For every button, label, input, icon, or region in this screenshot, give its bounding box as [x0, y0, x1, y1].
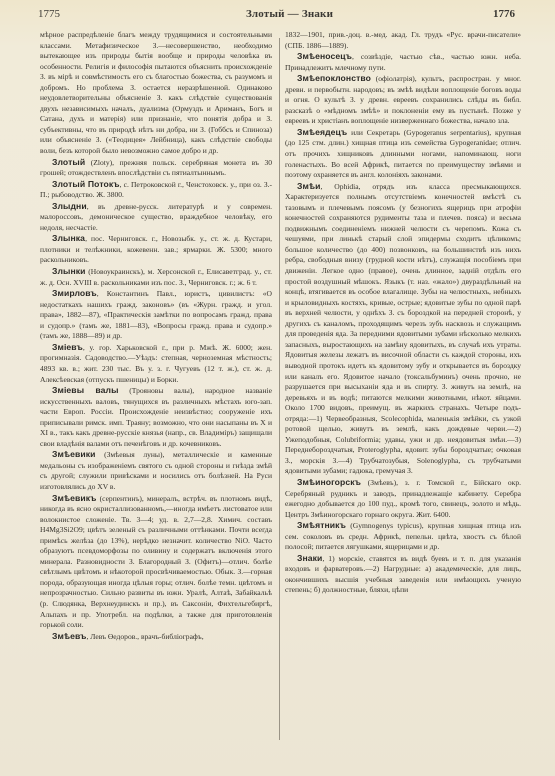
entry: Змѣи, Ophidia, отрядъ изъ класса пресмык…	[285, 181, 521, 477]
entry: Змѣевикъ (серпентинъ), минералъ, встрѣч.…	[40, 493, 272, 631]
headword: Злотый Потокъ	[52, 179, 120, 189]
headword: Знаки	[297, 553, 322, 563]
entry: Злынки (Новоукраинскъ), м. Херсонской г.…	[40, 266, 272, 288]
headword: Зміевъ	[52, 342, 83, 352]
page-number-right: 1776	[493, 8, 515, 20]
column-separator	[279, 38, 280, 740]
entry: мѣрное распредѣленіе благъ между трудящи…	[40, 30, 272, 157]
entry: Змѣеядецъ или Секретарь (Gypogeranus ser…	[285, 127, 521, 181]
headword: Злыдни	[52, 201, 87, 211]
headword: Змѣевикъ	[52, 493, 97, 503]
dictionary-page: 1775 Злотый — Знаки 1776 мѣрное распредѣ…	[0, 0, 555, 776]
headword: Змѣеносецъ	[297, 51, 352, 61]
entry: Змѣеносецъ, созвѣздіе, частью сѣв., част…	[285, 51, 521, 73]
headword: Злынка	[52, 233, 85, 243]
entry: Змѣятникъ (Gymnogenys typicus), крупная …	[285, 520, 521, 553]
page-number-left: 1775	[38, 8, 60, 20]
entry: Знаки, 1) морскіе, ставятся въ видѣ буев…	[285, 553, 521, 596]
entry: Змѣевики (Змѣевыя луны), металлическіе и…	[40, 449, 272, 492]
running-title: Злотый — Знаки	[246, 8, 333, 20]
entry: Злотый (Zloty), прежняя польск. серебрян…	[40, 157, 272, 179]
right-column: 1832—1901, прив.-доц. в.-мед. акад. Гл. …	[285, 30, 521, 596]
page-header: 1775 Злотый — Знаки 1776	[36, 8, 519, 22]
headword: Змѣевики	[52, 449, 96, 459]
entry: Змѣевъ, Левъ Өедоров., врачъ-библіографъ…	[40, 631, 272, 643]
entry: Змѣиногорскъ (Змѣевъ), з. г. Томской г.,…	[285, 477, 521, 520]
headword: Змѣиногорскъ	[297, 477, 361, 487]
headword: Зміевы валы	[52, 385, 119, 395]
headword: Змѣи	[297, 181, 320, 191]
headword: Змѣепоклонство	[297, 73, 371, 83]
entry: Злотый Потокъ, с. Петроковской г., Ченст…	[40, 179, 272, 201]
headword: Змирловъ	[52, 288, 97, 298]
left-column: мѣрное распредѣленіе благъ между трудящи…	[40, 30, 272, 642]
entry: Змирловъ, Константинъ Павл., юристъ, цив…	[40, 288, 272, 342]
headword: Змѣеядецъ	[297, 127, 347, 137]
entry: Злынка, пос. Черниговск. г., Новозыбк. у…	[40, 233, 272, 266]
headword: Злотый	[52, 157, 85, 167]
headword: Злынки	[52, 266, 86, 276]
headword: Змѣевъ	[52, 631, 87, 641]
entry: Зміевы валы (Трояновы валы), народное на…	[40, 385, 272, 449]
entry: Змѣепоклонство (офіолатрія), культъ, рас…	[285, 73, 521, 127]
headword: Змѣятникъ	[297, 520, 346, 530]
entry: 1832—1901, прив.-доц. в.-мед. акад. Гл. …	[285, 30, 521, 51]
entry: Злыдни, въ древне-русск. литературѣ и у …	[40, 201, 272, 234]
entry: Зміевъ, у. гор. Харьковской г., при р. М…	[40, 342, 272, 385]
